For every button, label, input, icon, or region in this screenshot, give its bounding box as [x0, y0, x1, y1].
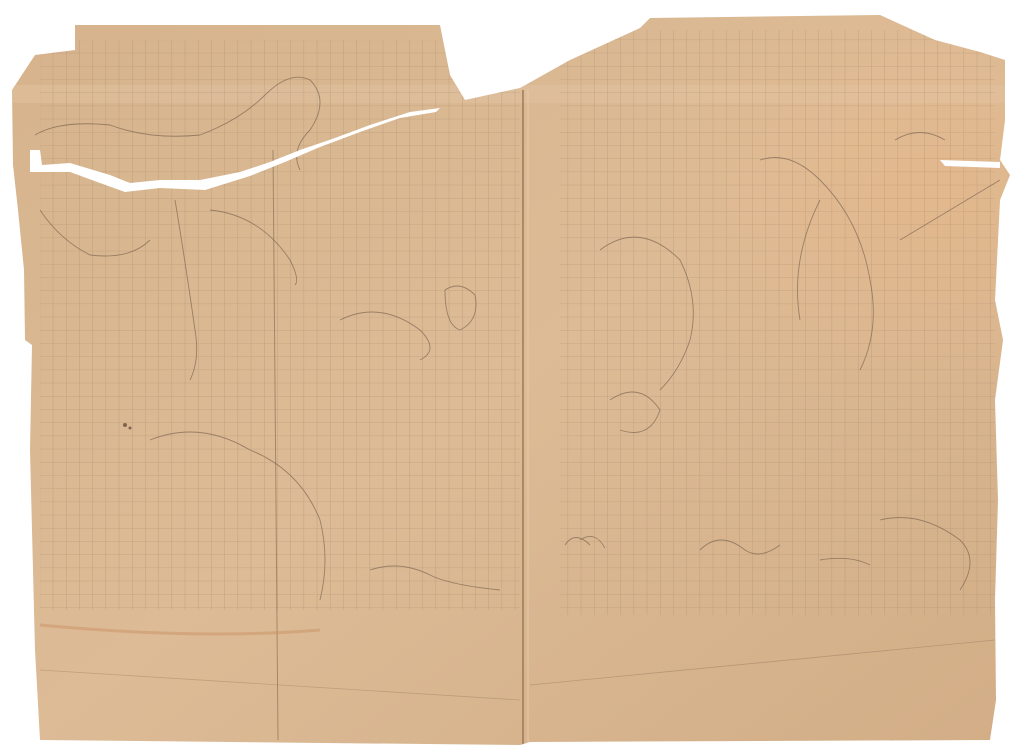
paper-sheet [0, 0, 1024, 755]
photo-canvas [0, 0, 1024, 755]
right-grid [560, 30, 995, 615]
gridded-sketch-paper [0, 0, 1024, 755]
